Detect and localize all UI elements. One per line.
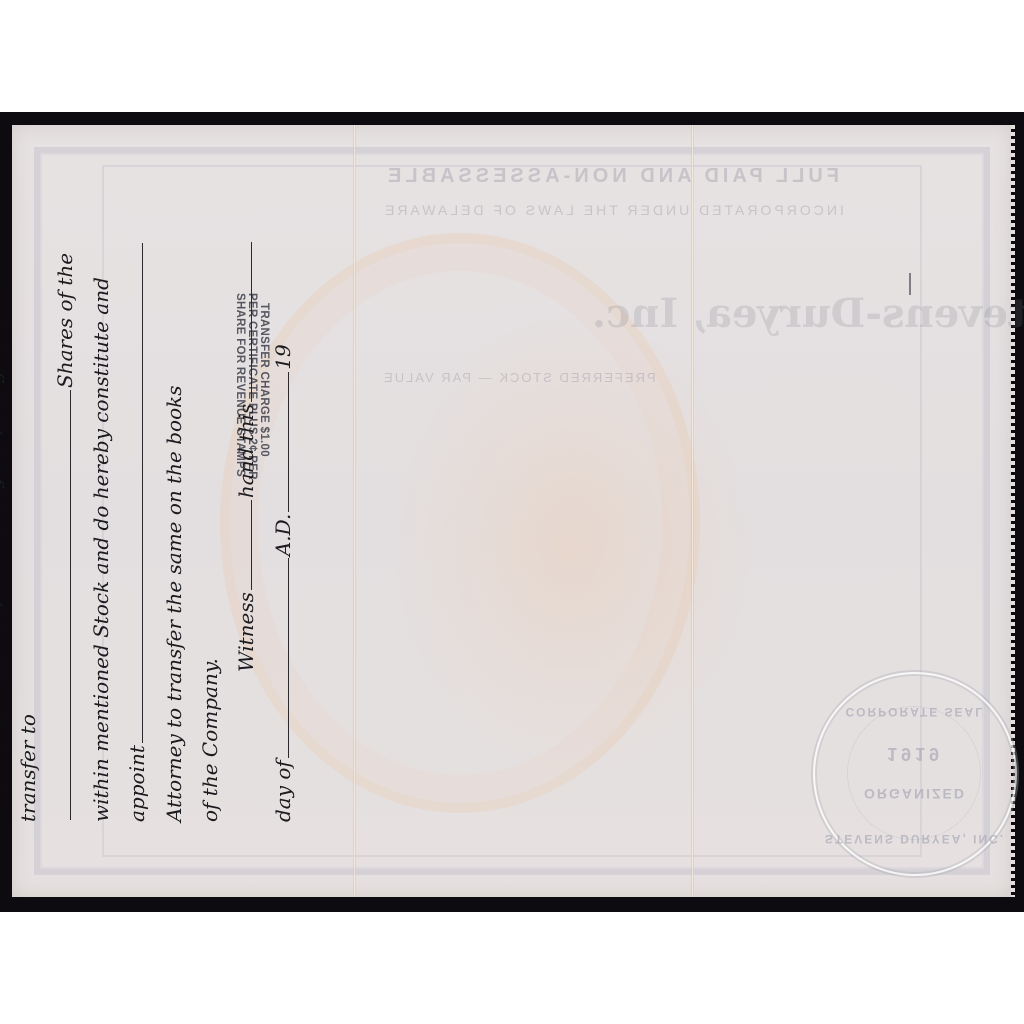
month-blank[interactable] — [287, 558, 289, 758]
shares-count-blank[interactable] — [69, 390, 71, 820]
stamp-line: TRANSFER CHARGE $1.00 — [258, 293, 270, 480]
form-line-attorney: Attorney to transfer the same on the boo… — [162, 385, 186, 822]
of-the-company-text: of the Company. — [198, 658, 222, 822]
show-through-company: Stevens-Duryea, Inc. — [592, 290, 1024, 337]
show-through-header: FULL PAID AND NON-ASSESSABLE — [384, 165, 839, 188]
fold-crease-right — [691, 125, 694, 897]
day-of-text: day of — [271, 760, 295, 822]
year-blank[interactable] — [287, 372, 289, 512]
nineteen-text: 19 — [271, 344, 295, 369]
form-line-transfer-to: transfer to — [16, 714, 40, 822]
shares-of-the-text: Shares of the — [53, 253, 77, 388]
form-line-company: of the Company. — [198, 658, 222, 822]
form-line-for-value: For Value Received, hereby sell, assign … — [0, 314, 5, 802]
seal-text-group: STEVENS DURYEA, INC. ORGANIZED 1919 CORP… — [815, 674, 1015, 874]
form-line-day-of: day of A.D. 19 — [271, 344, 295, 822]
transfer-to-text: transfer to — [16, 714, 40, 822]
form-line-appoint: appoint — [125, 241, 149, 822]
hand-this-text: hand this — [234, 404, 258, 498]
within-mentioned-text: within mentioned Stock and do hereby con… — [89, 277, 113, 822]
seal-year: 1919 — [815, 743, 1015, 764]
ad-text: A.D. — [271, 514, 295, 556]
seal-organized: ORGANIZED — [815, 786, 1015, 802]
appoint-text: appoint — [125, 745, 149, 822]
form-line-shares: Shares of the — [53, 253, 77, 822]
form-line-witness: Witness hand this — [234, 240, 258, 672]
for-value-received-text: For Value Received, — [0, 601, 5, 802]
pencil-mark — [909, 273, 911, 295]
seal-company-name: STEVENS DURYEA, INC. — [815, 832, 1015, 846]
witness-text: Witness — [234, 592, 258, 672]
fold-crease-left — [353, 125, 356, 897]
seal-corporate-seal: CORPORATE SEAL — [815, 705, 1015, 719]
witness-blank[interactable] — [250, 500, 252, 590]
show-through-incorporation: INCORPORATED UNDER THE LAWS OF DELAWARE — [382, 202, 844, 218]
embossed-corporate-seal: STEVENS DURYEA, INC. ORGANIZED 1919 CORP… — [813, 672, 1017, 876]
sell-assign-text: hereby sell, assign and — [0, 314, 5, 547]
show-through-preferred: PREFERRED STOCK — PAR VALUE — [382, 370, 656, 385]
form-line-within-mentioned: within mentioned Stock and do hereby con… — [89, 277, 113, 822]
date-day-blank[interactable] — [250, 242, 252, 402]
attorney-blank[interactable] — [141, 243, 143, 743]
attorney-text: Attorney to transfer the same on the boo… — [162, 385, 186, 822]
